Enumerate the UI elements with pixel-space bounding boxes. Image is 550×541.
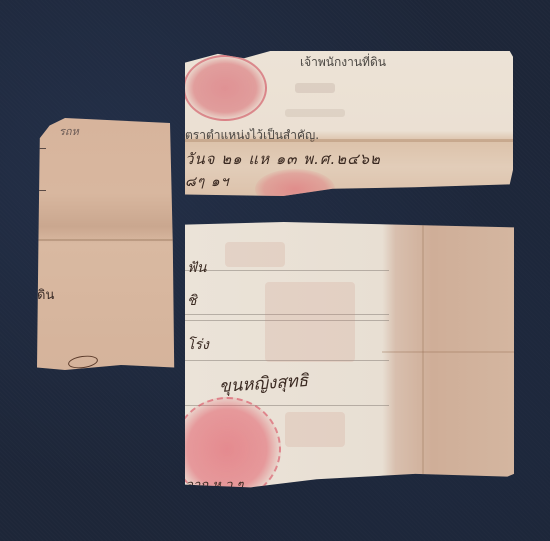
paper-fold [37,239,177,241]
ink-flourish [67,354,98,370]
photo-background: { "scene": { "description": "Torn fragme… [0,0,550,541]
handwritten-text: โร่ง [187,334,209,356]
faded-stamp [225,242,285,267]
faded-stamp [285,412,345,447]
margin-mark [37,190,46,191]
handwritten-signature: ขุนหญิงสุทธิ [218,367,309,400]
faded-stamp [265,282,355,362]
paper-fold [382,351,514,353]
handwritten-text: ๘ๆ ๑ฯ [185,171,230,193]
red-seal-stamp [185,55,267,121]
printed-text: ดิน [37,284,54,305]
left-document-fragment: รถห ดิน [37,118,177,370]
handwritten-text: รถห [59,122,79,140]
printed-text: เจ้าพนักงานที่ดิน [300,53,386,72]
top-document-fragment: เจ้าพนักงานที่ดิน ตราตำแหน่งไว้เป็นสำคัญ… [185,51,513,196]
handwritten-text: ชิ [187,290,197,312]
bottom-document-fragment: ฟัน ชิ โร่ง ขุนหญิงสุทธิ ลาก ห ว ๆ [185,222,514,490]
red-seal-stamp [255,169,335,196]
printed-text: ตราตำแหน่งไว้เป็นสำคัญ. [185,126,319,145]
faded-stamp [295,83,335,93]
handwritten-text: ลาก ห ว ๆ [185,474,243,490]
handwritten-text: ฟัน [187,257,206,279]
faded-stamp [285,109,345,117]
ruled-line [185,270,389,271]
paper-fold [422,222,424,490]
paper-fold [185,139,513,142]
margin-mark [37,148,46,149]
handwritten-date: วันจ ๒๑ แห ๑๓ พ.ศ.๒๔๖๒ [185,147,381,171]
